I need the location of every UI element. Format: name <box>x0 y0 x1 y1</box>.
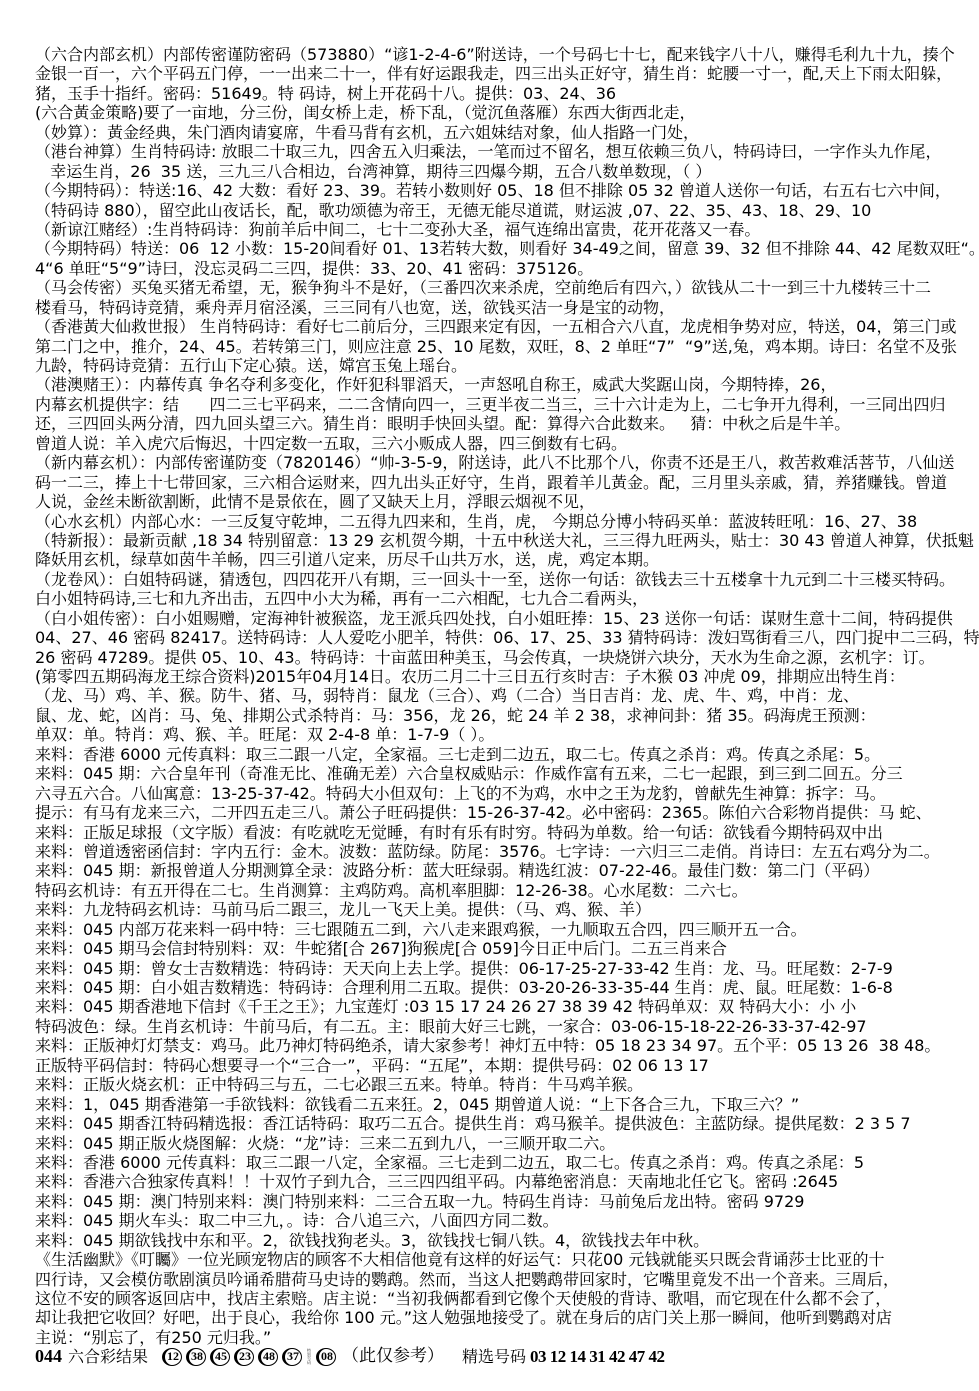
special-result-ball: 08 <box>316 1348 336 1366</box>
result-ball: 48 <box>258 1348 278 1366</box>
text-line: 来料：045 期香江特码精选报：香江话特码：取巧二五合。提供生肖：鸡马猴羊。提供… <box>35 1114 955 1133</box>
text-line: 幸运生肖，26 35 送，三九三八合相边，台湾神算，期待三四爆今期，五合八数单数… <box>35 162 955 181</box>
text-line: 来料：045 期火车头：取二中三九，。诗：合八追三六，八面四方同二数。 <box>35 1211 955 1230</box>
text-line: 4“6 单旺“5“9”诗曰，没忘灵码二三四，提供：33、20、41 密码：375… <box>35 259 955 278</box>
text-line: 猪，玉手十指纤。密码：51649。特 码诗，树上开花码十八。提供：03、24、3… <box>35 84 955 103</box>
text-line: （龙、马）鸡、羊、猴。防牛、猪、马，弱特肖：鼠龙（三合）、鸡（二合）当日吉肖：龙… <box>35 686 955 705</box>
text-line: 来料：045 期：白小姐吉数精选：特码诗：合理利用二五取。提供：03-20-26… <box>35 978 955 997</box>
text-line: （马会传密）买兔买猪无希望，无，猴争狗斗不是好，（三番四次来杀虎，空前绝后有四六… <box>35 278 955 297</box>
text-line: 第二门之中，推介，24、45。若转第三门，则应注意 25、10 尾数，双旺，8、… <box>35 337 955 356</box>
document-page: （六合内部玄机）内部传密谨防密码（573880）“谚1-2-4-6”附送诗，一个… <box>35 45 955 1367</box>
humor-text-line: 这位不安的顾客返回店中，找店主索赔。店主说：“当初我俩都看到它像个天使般的背诗、… <box>35 1289 955 1308</box>
text-line: 特码波色：绿。生肖玄机诗：牛前马后，有二五。主：眼前大好三七跳，一家合：03-0… <box>35 1017 955 1036</box>
picks-label: 精选号码 <box>462 1347 526 1366</box>
special-number-label: 特别号码 <box>307 1349 312 1365</box>
text-line: （妙算）：黃金经典，朱门酒肉请宴席，牛看马背有玄机，五六姐妹结对象，仙人指路一门… <box>35 123 955 142</box>
results-row: 044 六合彩结果 12 38 45 23 48 37 特别号码 08 （此仅参… <box>35 1347 955 1366</box>
text-line: （港澳赌王）：内幕传真 争名夺利多变化，作奸犯科罪滔天，一声怒吼自称王，威武大奖… <box>35 375 955 394</box>
text-line: 正版特平码信封：特码心想要寻一个“三合一”，平码：“五尾”，本期：提供号码：02… <box>35 1056 955 1075</box>
text-line: 鼠、龙、蛇，凶肖：马、兔、排期公式杀特肖：马：356，龙 26，蛇 24 羊 2… <box>35 706 955 725</box>
text-line: （六合内部玄机）内部传密谨防密码（573880）“谚1-2-4-6”附送诗，一个… <box>35 45 955 64</box>
text-line: 来料：045 期正版火烧图解：火烧：“龙”诗：三来二五到九八，一三顺开取二六。 <box>35 1134 955 1153</box>
text-line: 来料：正版火烧玄机：正中特码三与五，二七必跟三五来。特单。特肖：牛马鸡羊猴。 <box>35 1075 955 1094</box>
result-ball: 38 <box>186 1348 206 1366</box>
text-line: （特新报）：最新贡献 ,18 34 特别留意：13 29 玄机贺今期，十五中秋送… <box>35 531 955 550</box>
text-line: 金银一百一，六个平码五门停，一一出来二十一，伴有好运跟我走，四三出头正好守，猜生… <box>35 64 955 83</box>
text-line: 还，三四回头两分清，四九回头望三六。猜生肖：眼明手快回头望。配：算得六合此数来。… <box>35 414 955 433</box>
text-line: 来料：045 期欲钱找中东和平。2，欲钱找狗老头。3，欲钱找七铜八铁。4，欲钱找… <box>35 1231 955 1250</box>
text-line: （香港黃大仙救世报） 生肖特码诗：看好七二前后分，三四跟来定有因，一五相合六八直… <box>35 317 955 336</box>
text-line: 码一二三，捧上十七带回家，三六相合运财来，四九出头正好守，生肖，跟着羊儿黃金。配… <box>35 473 955 492</box>
text-line: 人说，金丝未断欲割断，此情不是景依在，圆了又缺天上月，浮眼云烟视不见， <box>35 492 955 511</box>
text-line: 单双：单。特肖：鸡、猴、羊。旺尾：双 2-4-8 单：1-7-9（ ）。 <box>35 725 955 744</box>
text-line: 特码玄机诗：有五开得在二七。生肖测算：主鸡防鸡。高机率胆脚：12-26-38。心… <box>35 881 955 900</box>
text-line: 六寻五六合。八仙寓意：13-25-37-42。特码大小但双句：上飞的不为鸡，水中… <box>35 784 955 803</box>
results-title: 六合彩结果 <box>68 1347 148 1366</box>
humor-text-line: 四行诗，又会模仿歌剧演员吟诵希腊荷马史诗的鹦鹉。然而，当这人把鹦鹉带回家时，它嘴… <box>35 1270 955 1289</box>
issue-number: 044 <box>35 1347 62 1366</box>
text-line: 26 密码 47289。提供 05、10、43。特码诗：十亩蓝田种美玉，马会传真… <box>35 648 955 667</box>
humor-text-line: 却让我把它收回？好吧，出于良心，我给你 100 元。”这人勉强地接受了。就在身后… <box>35 1308 955 1327</box>
text-line: （今期特码）特送：06 12 小数：15-20间看好 01、13若转大数，则看好… <box>35 239 955 258</box>
text-line: 白小姐特码诗,三七和九齐出击，五四中小大为稀，再有一二六相配，七九合二看两头， <box>35 589 955 608</box>
text-line: (六合黃金策略)要了一亩地，分三份，闺女桥上走，桥下乱，（觉沉鱼落雁）东西大街西… <box>35 103 955 122</box>
text-line: （新谅江赌经）:生肖特码诗：狗前羊后中间二，七十二变孙大圣，福气连绵出富贵，花开… <box>35 220 955 239</box>
text-line: 来料：045 期：六合皇年刊（奇准无比、准确无差）六合皇权威贴示：作威作富有五来… <box>35 764 955 783</box>
humor-text-line: 主说：“别忘了，有250 元归我。” <box>35 1328 955 1347</box>
text-line: 来料：1，045 期香港第一手欲钱料：欲钱看二五来狂。2，045 期曾道人说：“… <box>35 1095 955 1114</box>
text-line: （心水玄机）内部心水：一三反复守乾坤，二五得九四来和，生肖，虎， 今期总分博小特… <box>35 512 955 531</box>
text-line: 来料：045 期：澳门特别来料：澳门特别来料：二三合五取一九。特码生肖诗：马前兔… <box>35 1192 955 1211</box>
humor-text-line: 《生活幽默》《叮矚》一位光顾宠物店的顾客不大相信他竟有这样的好运气：只花00 元… <box>35 1250 955 1269</box>
text-line: 来料：香港 6000 元传真料：取三二跟一八定，全家福。三七走到二边五，取二七。… <box>35 1153 955 1172</box>
text-line: 来料：045 期马会信封特别料：双：牛蛇猪[合 267]狗猴虎[合 059]今日… <box>35 939 955 958</box>
text-line: 九龄，特码诗竞猜：五行山下定心猿。送，嫦宫玉兔上瑶台。 <box>35 356 955 375</box>
text-line: 04、27、46 密码 82417。送特码诗：人人爱吃小肥羊，特供：06、17、… <box>35 628 955 647</box>
text-line: 来料：九龙特码玄机诗：马前马后二跟三，龙儿一飞天上美。提供：（马、鸡、猴、羊） <box>35 900 955 919</box>
picks-numbers: 03 12 14 31 42 47 42 <box>530 1347 665 1366</box>
text-line: 来料：045 内部万花来料一码中特：三七跟随五二到，六八走来跟鸡猴，一九顺取五合… <box>35 920 955 939</box>
text-line: 来料：045 期香港地下信封《千王之王》；九宝莲灯 :03 15 17 24 2… <box>35 997 955 1016</box>
disclaimer-note: （此仅参考） <box>342 1347 444 1366</box>
text-line: （特码诗 880），留空此山夜话长，配，歌功颂德为帝王，无德无能尽道谎，财运波 … <box>35 201 955 220</box>
result-ball: 23 <box>234 1348 254 1366</box>
text-line: 降妖用玄机，绿草如茵牛羊畅，四三引道八定来，历尽千山共万水，送，虎，鸡定本期。 <box>35 550 955 569</box>
result-ball: 12 <box>162 1348 182 1366</box>
text-line: 来料：香港六合独家传真料！！十双竹子到九合，三三四四组平码。内幕绝密消息：天南地… <box>35 1172 955 1191</box>
text-line: 来料：045 期：新报曾道人分期测算全录：波路分析：蓝大旺绿弱。精选红波：07-… <box>35 861 955 880</box>
result-ball: 45 <box>210 1348 230 1366</box>
text-line: 提示：有马有龙来三六，二开四五走三八。萧公子旺码提供：15-26-37-42。必… <box>35 803 955 822</box>
text-line: （港台神算）生肖特码诗: 放眼二十取三九，四舍五入归乘法，一笔而过不留名，想互依… <box>35 142 955 161</box>
text-line: 曾道人说：羊入虎穴后悔迟，十四定数一五取，三六小贩成人器，四三倒数有七码。 <box>35 434 955 453</box>
text-line: 内幕玄机提供字：结 四二三七平码来，二二含情向四一，三更半夜二当三，三十六计走为… <box>35 395 955 414</box>
text-line: （今期特码）：特送:16、42 大数：看好 23、39。若转小数则好 05、18… <box>35 181 955 200</box>
result-ball: 37 <box>282 1348 302 1366</box>
text-line: 来料：正版神灯灯禁支：鸡马。此乃神灯特码绝杀，请大家参考！神灯五中特：05 18… <box>35 1036 955 1055</box>
text-line: 来料：香港 6000 元传真料：取三二跟一八定，全家福。三七走到二边五，取二七。… <box>35 745 955 764</box>
text-line: (第零四五期码海龙王综合资料)2015年04月14日。农历二月二十三日五行亥时吉… <box>35 667 955 686</box>
text-line: 来料：045 期：曾女士吉数精选：特码诗：天天向上去上学。提供：06-17-25… <box>35 959 955 978</box>
text-line: 楼看马，特码诗竞猜，乘舟弄月宿泾溪，三三同有八也宽，送，欲钱买洁一身是宝的动物， <box>35 298 955 317</box>
text-line: （新内幕玄机）：内部传密谨防变（7820146）“帅-3-5-9，附送诗，此八不… <box>35 453 955 472</box>
text-line: 来料：正版足球报（文字版）看波：有吃就吃无觉睡，有时有乐有时穷。特码为单数。给一… <box>35 823 955 842</box>
text-line: （白小姐传密）：白小姐赐赠，定海神针被猴盗，龙王派兵四处找，白小姐旺捧：15、2… <box>35 609 955 628</box>
text-line: （龙卷风）：白姐特码谜，猜透包，四四花开八有期，三一回头十一至，送你一句话：欲钱… <box>35 570 955 589</box>
text-line: 来料：曾道透密函信封：字内五行：金木。波数：蓝防绿。防尾：3576。七字诗：一六… <box>35 842 955 861</box>
